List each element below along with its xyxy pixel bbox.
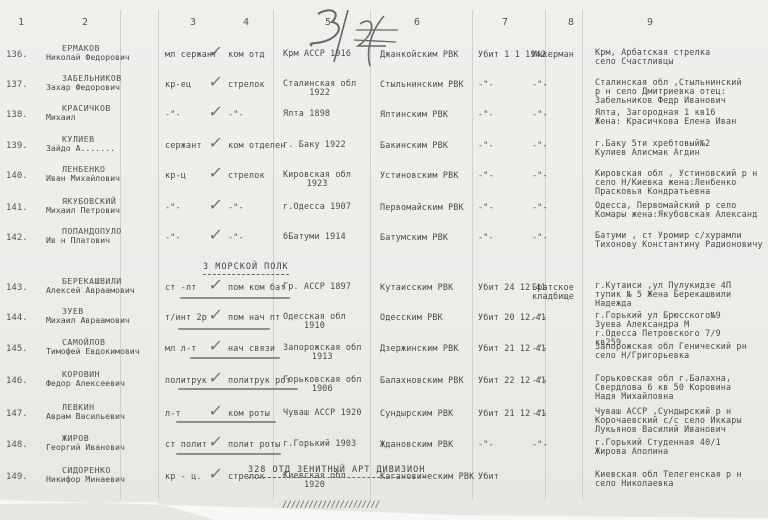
checkmark-icon: ✓ [208, 42, 224, 61]
birthplace-year: Горьковская обл 1906 [283, 375, 362, 393]
birthplace-year: Кировская обл 1923 [283, 170, 351, 188]
column-rule [158, 10, 159, 500]
birthplace-year: Сталинская обл 1922 [283, 79, 356, 97]
relatives-address: г.Горький Студенная 40/1 Жирова Аполина [595, 438, 721, 456]
rank: сержант [165, 141, 202, 150]
column-number: 3 [190, 17, 196, 28]
rank: ст -лт [165, 283, 196, 292]
birthplace-year: Гр. АССР 1897 [283, 282, 351, 291]
burial-place: -"- [532, 233, 548, 242]
checkmark-icon: ✓ [208, 432, 224, 451]
draft-office: Первомайским РВК [380, 203, 464, 212]
fate: -"- [478, 110, 494, 119]
relatives-address: Крм, Арбатская стрелка село Счастливцы [595, 48, 710, 66]
row-number: 147. [6, 409, 28, 419]
column-number: 9 [647, 17, 653, 28]
draft-office: Джанкойским РВК [380, 50, 459, 59]
burial-place: -"- [532, 344, 548, 353]
relatives-address: Запорожская обл Генический рн село Н/Гри… [595, 342, 747, 360]
given-names: Михаил Авраамович [46, 315, 130, 325]
birthplace-year: Запорожская обл 1913 [283, 343, 362, 361]
checkmark-icon: ✓ [208, 464, 224, 483]
document-page: 1 2 3 4 5 6 7 8 9 3/27 136.ЕРМАКОВНикола… [0, 0, 768, 520]
checkmark-icon: ✓ [208, 275, 224, 294]
rank: политрук [165, 376, 207, 385]
position: пом ком бат [228, 283, 286, 292]
section-header: 328 ОТД ЗЕНИТНЫЙ АРТ ДИВИЗИОН [248, 465, 425, 475]
checkmark-icon: ✓ [208, 163, 224, 182]
fate: -"- [478, 80, 494, 89]
given-names: Ив н Платович [46, 235, 110, 245]
rank: мл л-т [165, 344, 196, 353]
pen-underline [190, 357, 280, 359]
fate: Убит [478, 472, 499, 481]
burial-place: -"- [532, 80, 548, 89]
column-rule [273, 10, 274, 500]
draft-office: Батумским РВК [380, 233, 448, 242]
position: стрелок [228, 171, 265, 180]
relatives-address: г.Баку 5ти хребтовый№2 Кулиев Алисмак Аг… [595, 139, 710, 157]
given-names: Георгий Иванович [46, 442, 125, 452]
column-number: 1 [18, 17, 24, 28]
birthplace-year: г.Одесса 1907 [283, 202, 351, 211]
draft-office: Бакинским РВК [380, 141, 448, 150]
given-names: Алексей Авраамович [46, 285, 135, 295]
checkmark-icon: ✓ [208, 133, 224, 152]
row-number: 149. [6, 472, 28, 482]
checkmark-icon: ✓ [208, 368, 224, 387]
given-names: Николай Федорович [46, 52, 130, 62]
row-number: 143. [6, 283, 28, 293]
draft-office: Ждановским РВК [380, 440, 453, 449]
fate: -"- [478, 440, 494, 449]
burial-place: -"- [532, 110, 548, 119]
relatives-address: Сталинская обл ,Стыльнинский р н село Дм… [595, 78, 742, 105]
birthplace-year: бБатуми 1914 [283, 232, 346, 241]
birthplace-year: Чуваш АССР 1920 [283, 408, 362, 417]
rank: -"- [165, 233, 181, 242]
row-number: 148. [6, 440, 28, 450]
position: полит роты [228, 440, 280, 449]
row-number: 139. [6, 141, 28, 151]
burial-place: -"- [532, 376, 548, 385]
given-names: Тимофей Евдокимович [46, 346, 140, 356]
column-number: 4 [243, 17, 249, 28]
handwritten-folio-mark [300, 2, 400, 72]
rank: л-т [165, 409, 181, 418]
given-names: Иван Михайлович [46, 173, 120, 183]
relatives-address: Горьковская обл г.Балахна, Свердлова 6 к… [595, 374, 731, 401]
birthplace-year: г.Горький 1903 [283, 439, 356, 448]
checkmark-icon: ✓ [208, 336, 224, 355]
burial-place: -"- [532, 141, 548, 150]
position: -"- [228, 233, 244, 242]
column-number: 7 [502, 17, 508, 28]
position: пом нач пт [228, 313, 280, 322]
birthplace-year: Крм АССР 1916 [283, 49, 351, 58]
column-rule [582, 10, 583, 500]
position: нач связи [228, 344, 275, 353]
relatives-address: Ялта, Загородная 1 кв16 Жена: Красичкова… [595, 108, 737, 126]
pen-underline [180, 297, 290, 299]
column-number: 2 [82, 17, 88, 28]
pen-underline [178, 328, 270, 330]
given-names: Зайдо А....... [46, 143, 115, 153]
column-number: 8 [568, 17, 574, 28]
given-names: Аврам Васильевич [46, 411, 125, 421]
checkmark-icon: ✓ [208, 72, 224, 91]
rank: кр - ц. [165, 472, 202, 481]
position: -"- [228, 203, 244, 212]
pen-underline [176, 421, 276, 423]
strike-hatching: ////////////////////// [282, 500, 379, 510]
checkmark-icon: ✓ [208, 401, 224, 420]
position: политрук рот [228, 376, 291, 385]
given-names: Никифор Минаевич [46, 474, 125, 484]
birthplace-year: г. Баку 1922 [283, 140, 346, 149]
relatives-address: Одесса, Первомайский р село Комары жена:… [595, 201, 758, 219]
draft-office: Одесским РВК [380, 313, 443, 322]
row-number: 145. [6, 344, 28, 354]
fate: -"- [478, 203, 494, 212]
pen-underline [176, 453, 281, 455]
rank: т/инт 2р [165, 313, 207, 322]
relatives-address: Чуваш АССР ,Сундырский р н Корочаевский … [595, 407, 742, 434]
draft-office: Дзержинским РВК [380, 344, 459, 353]
rank: -"- [165, 203, 181, 212]
burial-place: -"- [532, 171, 548, 180]
given-names: Михаил [46, 112, 76, 122]
burial-place: -"- [532, 313, 548, 322]
relatives-address: Батуми , ст Уромир с/хурамли Тихонову Ко… [595, 231, 763, 249]
birthplace-year: Одесская обл 1910 [283, 312, 346, 330]
row-number: 138. [6, 110, 28, 120]
burial-place: Братское кладбище [532, 283, 574, 301]
fate: -"- [478, 171, 494, 180]
rank: кр-ец [165, 80, 191, 89]
checkmark-icon: ✓ [208, 195, 224, 214]
given-names: Федор Алексеевич [46, 378, 125, 388]
fate: -"- [478, 141, 494, 150]
draft-office: Балахновским РВК [380, 376, 464, 385]
given-names: Михаил Петрович [46, 205, 120, 215]
relatives-address: г.Кутаиси ,ул Пулукидзе 4П тупик № 5 Жен… [595, 281, 731, 308]
relatives-address: Киевская обл Телегенская р н село Никола… [595, 470, 742, 488]
position: ком роты [228, 409, 270, 418]
draft-office: Кутаисским РВК [380, 283, 453, 292]
row-number: 136. [6, 50, 28, 60]
burial-place: Инкерман [532, 50, 574, 59]
row-number: 144. [6, 313, 28, 323]
row-number: 140. [6, 171, 28, 181]
column-number: 6 [414, 17, 420, 28]
given-names: Захар Федорович [46, 82, 120, 92]
relatives-address: Кировская обл , Устиновский р н село Н/К… [595, 169, 758, 196]
column-rule [370, 10, 371, 500]
row-number: 141. [6, 203, 28, 213]
draft-office: Устиновским РВК [380, 171, 459, 180]
fate: -"- [478, 233, 494, 242]
row-number: 142. [6, 233, 28, 243]
position: -"- [228, 110, 244, 119]
burial-place: -"- [532, 440, 548, 449]
birthplace-year: Ялта 1898 [283, 109, 330, 118]
position: стрелок [228, 80, 265, 89]
row-number: 137. [6, 80, 28, 90]
rank: -"- [165, 110, 181, 119]
draft-office: Ялтинским РВК [380, 110, 448, 119]
position: ком отд [228, 50, 265, 59]
checkmark-icon: ✓ [208, 102, 224, 121]
burial-place: -"- [532, 203, 548, 212]
row-number: 146. [6, 376, 28, 386]
pen-underline [178, 388, 298, 390]
rank: кр-ц [165, 171, 186, 180]
draft-office: Стыльнинским РВК [380, 80, 464, 89]
checkmark-icon: ✓ [208, 305, 224, 324]
checkmark-icon: ✓ [208, 225, 224, 244]
rank: ст полит [165, 440, 207, 449]
draft-office: Сундырским РВК [380, 409, 453, 418]
column-rule [120, 10, 121, 500]
section-header: 3 МОРСКОЙ ПОЛК [203, 262, 289, 272]
column-rule [472, 10, 473, 500]
position: ком отделен [228, 141, 286, 150]
burial-place: -"- [532, 409, 548, 418]
